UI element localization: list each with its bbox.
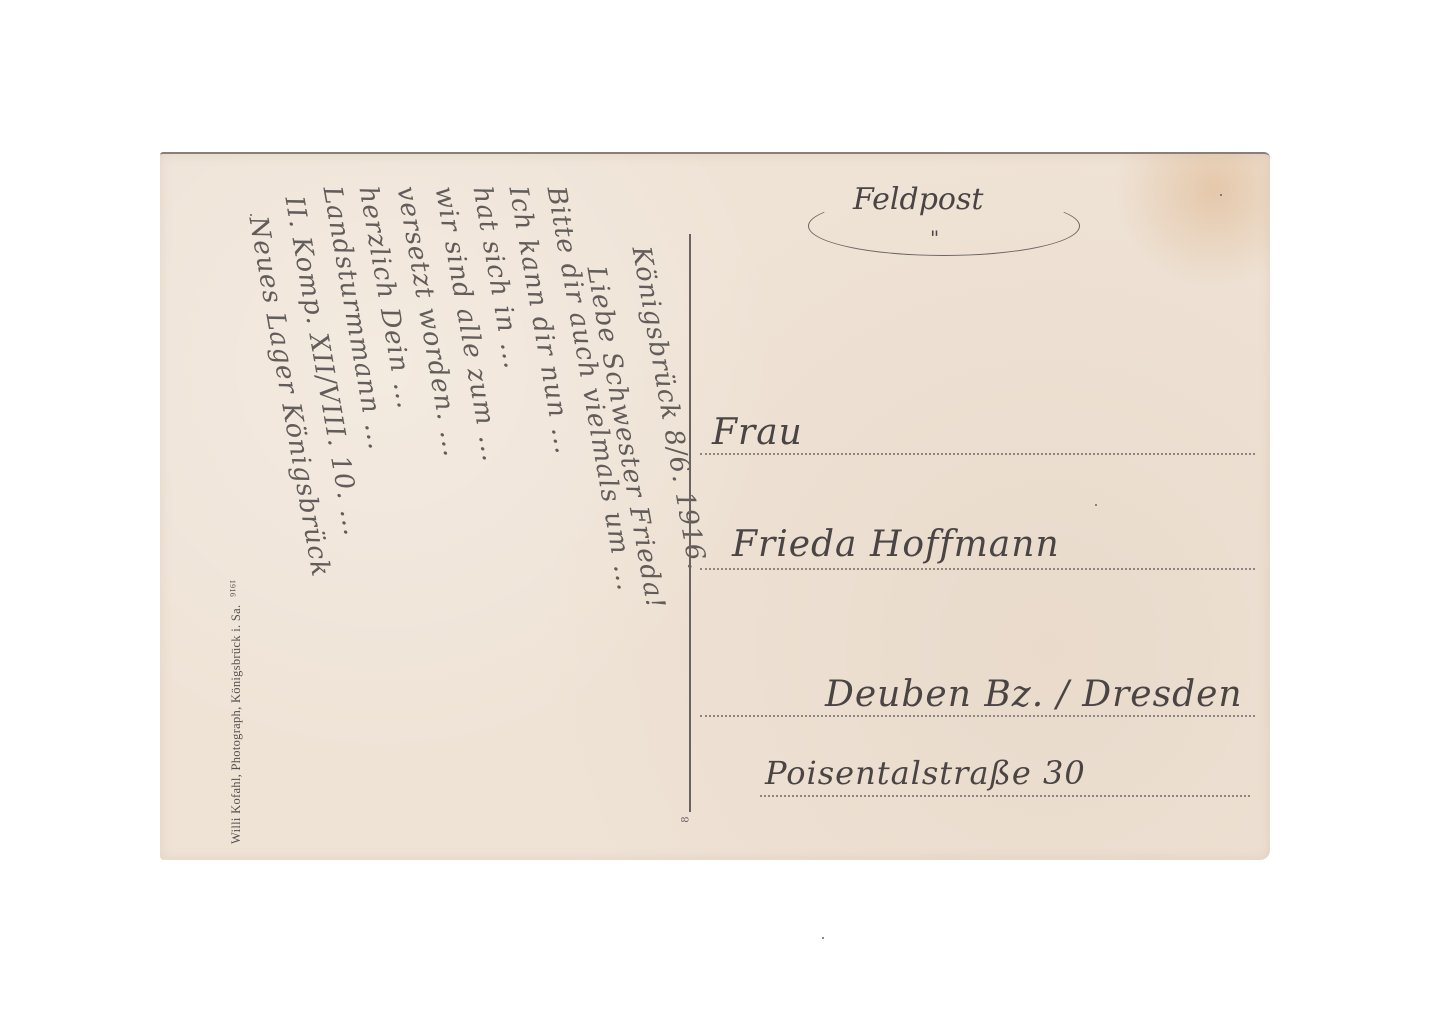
paper-speck — [250, 214, 252, 216]
address-line-1: Frau — [712, 412, 803, 453]
address-dotted-line — [700, 715, 1255, 717]
handwritten-message: Königsbrück 8/6. 1916. Liebe Schwester F… — [160, 154, 1270, 860]
postcard: Willi Kofahl, Photograph, Königsbrück i.… — [160, 152, 1270, 860]
address-dotted-line — [700, 568, 1255, 570]
feldpost-label: Feldpost — [853, 182, 983, 217]
divider-mark: 8 — [681, 816, 692, 822]
address-line-4: Poisentalstraße 30 — [765, 754, 1086, 792]
center-divider-line — [689, 234, 691, 812]
paper-speck — [1095, 504, 1097, 506]
scan-speck — [822, 937, 824, 939]
feldpost-mark: " — [930, 226, 939, 250]
address-line-2: Frieda Hoffmann — [732, 524, 1060, 565]
paper-speck — [1220, 194, 1222, 196]
address-dotted-line — [760, 795, 1250, 797]
address-line-3: Deuben Bz. / Dresden — [825, 674, 1243, 715]
address-dotted-line — [700, 453, 1255, 455]
